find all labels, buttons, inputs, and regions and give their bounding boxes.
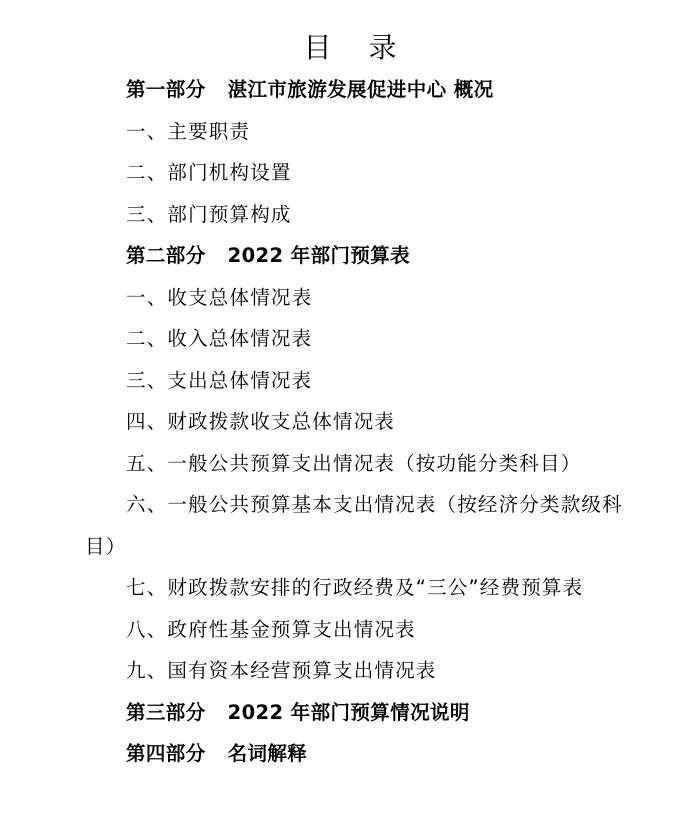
toc-page: 目 录 第一部分湛江市旅游发展促进中心 概况 一、主要职责 二、部门机构设置 三… <box>0 0 700 832</box>
toc-item[interactable]: 一、主要职责 <box>126 118 250 146</box>
part-label: 第二部分 <box>126 244 206 267</box>
toc-item[interactable]: 五、一般公共预算支出情况表（按功能分类科目） <box>126 450 581 478</box>
toc-item[interactable]: 六、一般公共预算基本支出情况表（按经济分类款级科 <box>126 491 623 519</box>
part-heading: 2022 年部门预算表 <box>228 244 410 267</box>
toc-part-1[interactable]: 第一部分湛江市旅游发展促进中心 概况 <box>126 76 494 104</box>
toc-item[interactable]: 八、政府性基金预算支出情况表 <box>126 616 416 644</box>
toc-item[interactable]: 二、部门机构设置 <box>126 159 292 187</box>
part-heading: 2022 年部门预算情况说明 <box>228 701 470 724</box>
toc-part-2[interactable]: 第二部分2022 年部门预算表 <box>126 242 410 270</box>
part-label: 第一部分 <box>126 78 206 101</box>
toc-item[interactable]: 七、财政拨款安排的行政经费及“三公”经费预算表 <box>126 574 583 602</box>
toc-item-continuation[interactable]: 目） <box>85 533 126 561</box>
part-label: 第四部分 <box>126 742 206 765</box>
toc-item[interactable]: 三、部门预算构成 <box>126 201 292 229</box>
toc-part-4[interactable]: 第四部分名词解释 <box>126 740 307 768</box>
toc-title: 目 录 <box>0 28 700 68</box>
toc-item[interactable]: 二、收入总体情况表 <box>126 325 312 353</box>
part-heading: 名词解释 <box>228 742 308 765</box>
part-label: 第三部分 <box>126 701 206 724</box>
part-heading: 湛江市旅游发展促进中心 概况 <box>228 78 494 101</box>
toc-item[interactable]: 三、支出总体情况表 <box>126 367 312 395</box>
toc-item[interactable]: 九、国有资本经营预算支出情况表 <box>126 657 437 685</box>
toc-item[interactable]: 四、财政拨款收支总体情况表 <box>126 408 395 436</box>
toc-item[interactable]: 一、收支总体情况表 <box>126 284 312 312</box>
toc-part-3[interactable]: 第三部分2022 年部门预算情况说明 <box>126 699 470 727</box>
